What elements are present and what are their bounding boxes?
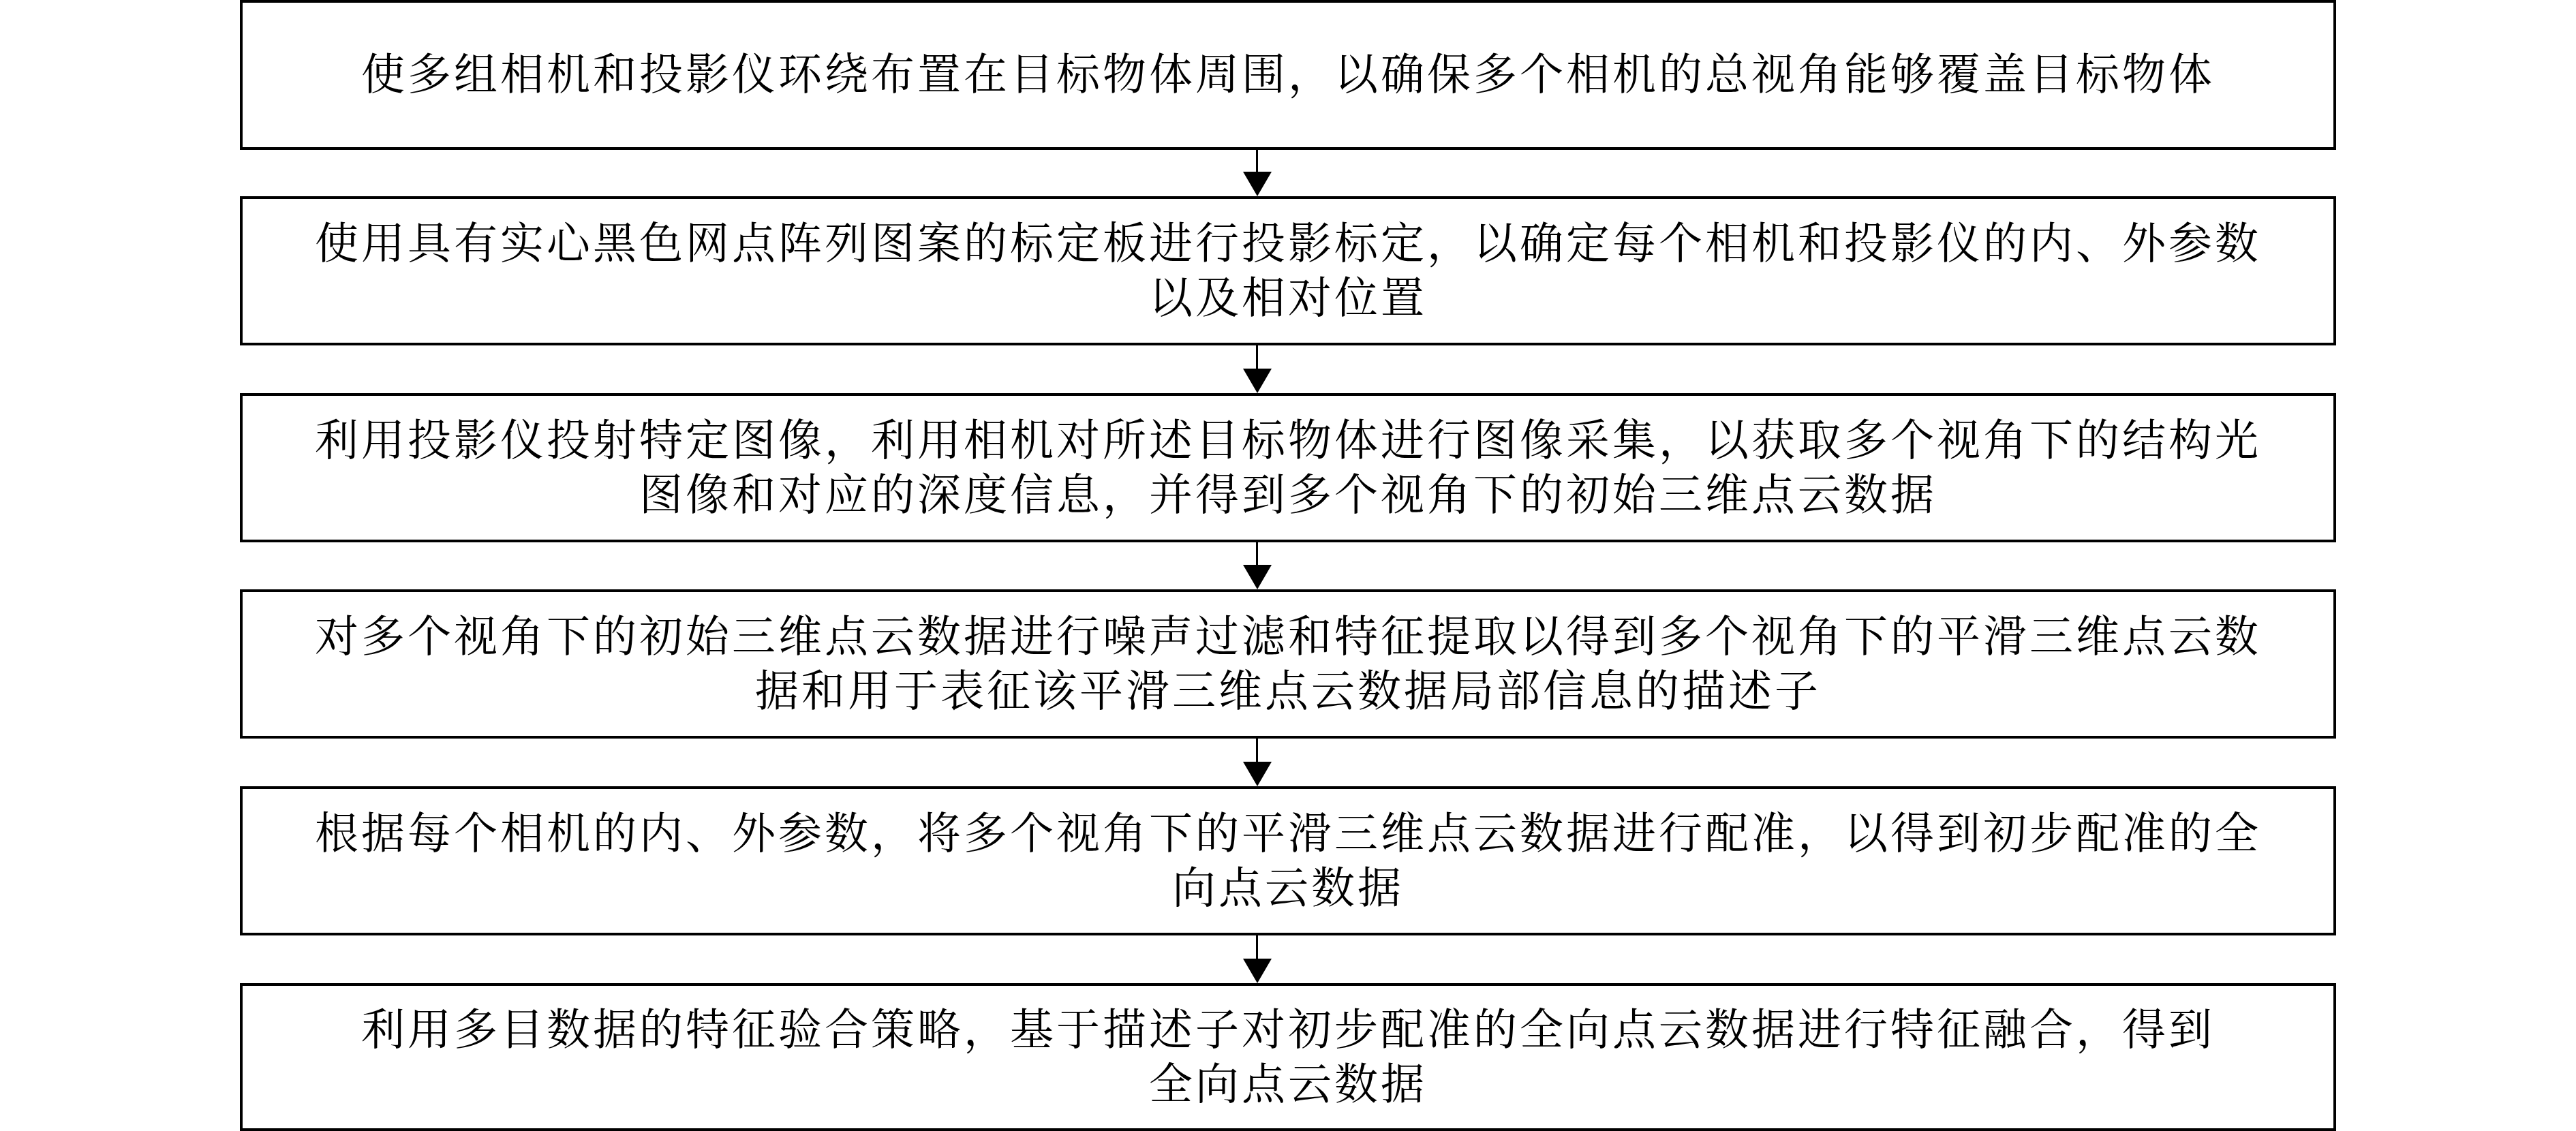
arrow-down-icon xyxy=(1243,739,1272,786)
step-1-text-line-1: 使多组相机和投影仪环绕布置在目标物体周围，以确保多个相机的总视角能够覆盖目标物体 xyxy=(361,48,2215,102)
arrow-down-icon xyxy=(1243,150,1272,196)
step-box-1: 使多组相机和投影仪环绕布置在目标物体周围，以确保多个相机的总视角能够覆盖目标物体 xyxy=(240,0,2336,150)
step-box-5: 根据每个相机的内、外参数，将多个视角下的平滑三维点云数据进行配准，以得到初步配准… xyxy=(240,786,2336,935)
step-box-4: 对多个视角下的初始三维点云数据进行噪声过滤和特征提取以得到多个视角下的平滑三维点… xyxy=(240,589,2336,739)
arrow-down-icon xyxy=(1243,542,1272,589)
arrowhead-icon xyxy=(1243,369,1272,393)
step-box-2: 使用具有实心黑色网点阵列图案的标定板进行投影标定，以确定每个相机和投影仪的内、外… xyxy=(240,196,2336,345)
step-4-text-line-2: 据和用于表征该平滑三维点云数据局部信息的描述子 xyxy=(755,664,1821,719)
step-6-text-line-2: 全向点云数据 xyxy=(1149,1057,1427,1112)
step-3-text-line-1: 利用投影仪投射特定图像，利用相机对所述目标物体进行图像采集，以获取多个视角下的结… xyxy=(315,414,2261,468)
arrowhead-icon xyxy=(1243,762,1272,786)
step-3-text-line-2: 图像和对应的深度信息，并得到多个视角下的初始三维点云数据 xyxy=(639,468,1937,523)
step-2-text-line-2: 以及相对位置 xyxy=(1149,271,1427,326)
arrow-down-icon xyxy=(1243,345,1272,393)
step-5-text-line-1: 根据每个相机的内、外参数，将多个视角下的平滑三维点云数据进行配准，以得到初步配准… xyxy=(315,807,2261,861)
step-5-text-line-2: 向点云数据 xyxy=(1172,861,1404,916)
method-flowchart: 使多组相机和投影仪环绕布置在目标物体周围，以确保多个相机的总视角能够覆盖目标物体… xyxy=(0,0,2576,1131)
step-6-text-line-1: 利用多目数据的特征验合策略，基于描述子对初步配准的全向点云数据进行特征融合，得到 xyxy=(361,1003,2215,1057)
arrowhead-icon xyxy=(1243,959,1272,983)
step-2-text-line-1: 使用具有实心黑色网点阵列图案的标定板进行投影标定，以确定每个相机和投影仪的内、外… xyxy=(315,217,2261,271)
arrowhead-icon xyxy=(1243,565,1272,589)
step-box-6: 利用多目数据的特征验合策略，基于描述子对初步配准的全向点云数据进行特征融合，得到… xyxy=(240,983,2336,1131)
step-box-3: 利用投影仪投射特定图像，利用相机对所述目标物体进行图像采集，以获取多个视角下的结… xyxy=(240,393,2336,542)
arrow-down-icon xyxy=(1243,935,1272,983)
arrowhead-icon xyxy=(1243,172,1272,196)
step-4-text-line-1: 对多个视角下的初始三维点云数据进行噪声过滤和特征提取以得到多个视角下的平滑三维点… xyxy=(315,610,2261,664)
